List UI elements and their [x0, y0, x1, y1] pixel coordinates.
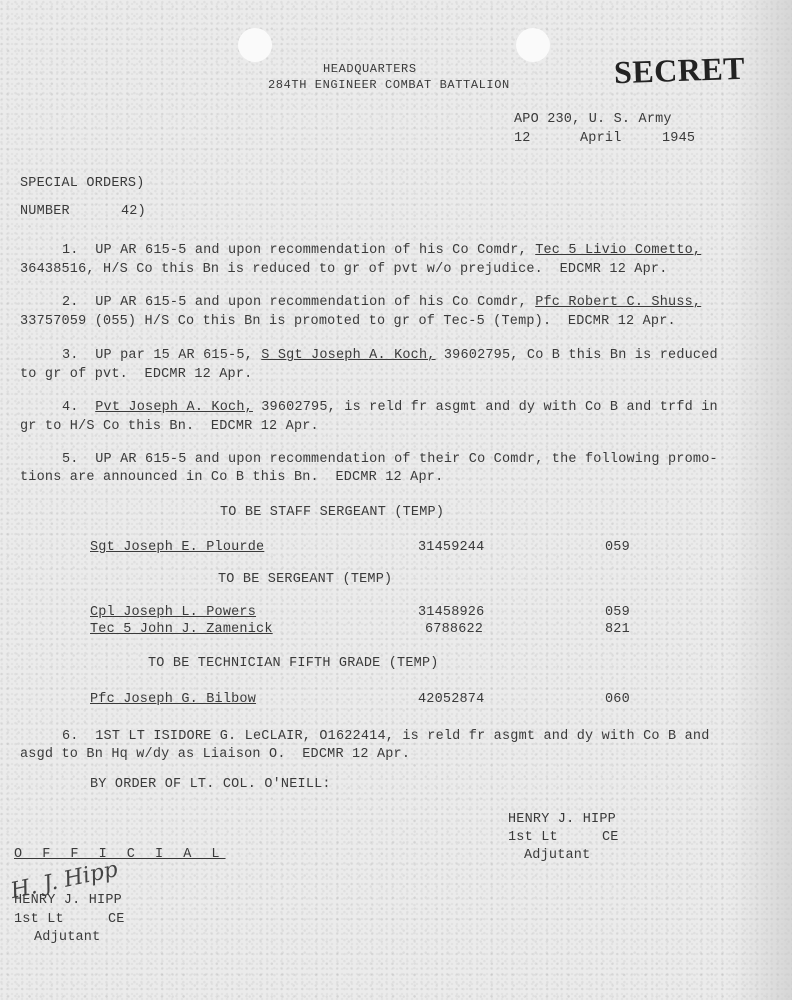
paragraph-4-line2: gr to H/S Co this Bn. EDCMR 12 Apr. [20, 419, 319, 434]
date-month: April [580, 131, 622, 146]
person-name: S Sgt Joseph A. Koch, [261, 348, 435, 363]
signer-title: Adjutant [524, 848, 590, 863]
promotion-name: Sgt Joseph E. Plourde [90, 540, 264, 555]
header-line2: 284TH ENGINEER COMBAT BATTALION [268, 78, 510, 92]
signer-branch: CE [602, 830, 619, 845]
paragraph-number: 2. [62, 295, 79, 310]
official-title: Adjutant [34, 930, 100, 945]
promotion-mos: 821 [605, 622, 630, 637]
apo-line: APO 230, U. S. Army [514, 112, 672, 127]
paragraph-4-line1: 4. Pvt Joseph A. Koch, 39602795, is reld… [62, 400, 718, 415]
person-name: Tec 5 Livio Cometto, [535, 243, 701, 258]
number-label: NUMBER [20, 204, 70, 219]
promotion-name: Tec 5 John J. Zamenick [90, 622, 273, 637]
official-rank: 1st Lt [14, 912, 64, 927]
paragraph-text: UP AR 615-5 and upon recommendation of h… [95, 295, 535, 310]
signer-rank: 1st Lt [508, 830, 558, 845]
by-order-line: BY ORDER OF LT. COL. O'NEILL: [90, 777, 331, 792]
promotion-heading: TO BE TECHNICIAN FIFTH GRADE (TEMP) [148, 656, 439, 671]
punch-hole [516, 28, 550, 62]
paragraph-number: 6. [62, 729, 79, 744]
paragraph-1-line1: 1. UP AR 615-5 and upon recommendation o… [62, 243, 701, 258]
paragraph-number: 4. [62, 400, 79, 415]
paragraph-text: 39602795, is reld fr asgmt and dy with C… [253, 400, 718, 415]
header-line1: HEADQUARTERS [323, 62, 417, 76]
signer-name: HENRY J. HIPP [508, 812, 616, 827]
paragraph-5-line2: tions are announced in Co B this Bn. EDC… [20, 470, 443, 485]
paragraph-1-line2: 36438516, H/S Co this Bn is reduced to g… [20, 262, 668, 277]
promotion-heading: TO BE SERGEANT (TEMP) [218, 572, 392, 587]
paragraph-text: UP AR 615-5 and upon recommendation of t… [95, 452, 718, 467]
person-name: Pfc Robert C. Shuss, [535, 295, 701, 310]
promotion-serial: 42052874 [418, 692, 484, 707]
official-label: O F F I C I A L [14, 847, 226, 862]
promotion-mos: 059 [605, 605, 630, 620]
paragraph-6-line2: asgd to Bn Hq w/dy as Liaison O. EDCMR 1… [20, 747, 410, 762]
paragraph-text: UP AR 615-5 and upon recommendation of h… [95, 243, 535, 258]
promotion-serial: 31459244 [418, 540, 484, 555]
official-name: HENRY J. HIPP [14, 893, 122, 908]
official-branch: CE [108, 912, 125, 927]
paragraph-3-line2: to gr of pvt. EDCMR 12 Apr. [20, 367, 252, 382]
promotion-serial: 6788622 [425, 622, 483, 637]
paragraph-number: 5. [62, 452, 79, 467]
promotion-name: Cpl Joseph L. Powers [90, 605, 256, 620]
paragraph-2-line1: 2. UP AR 615-5 and upon recommendation o… [62, 295, 701, 310]
paragraph-3-line1: 3. UP par 15 AR 615-5, S Sgt Joseph A. K… [62, 348, 718, 363]
special-orders-label: SPECIAL ORDERS) [20, 176, 145, 191]
paragraph-6-line1: 6. 1ST LT ISIDORE G. LeCLAIR, O1622414, … [62, 729, 710, 744]
date-day: 12 [514, 131, 531, 146]
promotion-serial: 31458926 [418, 605, 484, 620]
promotion-heading: TO BE STAFF SERGEANT (TEMP) [220, 505, 444, 520]
classification-stamp: SECRET [613, 50, 745, 92]
promotion-mos: 059 [605, 540, 630, 555]
date-year: 1945 [662, 131, 695, 146]
paragraph-text: 39602795, Co B this Bn is reduced [436, 348, 718, 363]
paragraph-text: 1ST LT ISIDORE G. LeCLAIR, O1622414, is … [95, 729, 709, 744]
paragraph-5-line1: 5. UP AR 615-5 and upon recommendation o… [62, 452, 718, 467]
punch-hole [238, 28, 272, 62]
paragraph-text: UP par 15 AR 615-5, [95, 348, 261, 363]
paragraph-number: 1. [62, 243, 79, 258]
paragraph-number: 3. [62, 348, 79, 363]
promotion-mos: 060 [605, 692, 630, 707]
paragraph-2-line2: 33757059 (055) H/S Co this Bn is promote… [20, 314, 676, 329]
order-number: 42) [121, 204, 146, 219]
person-name: Pvt Joseph A. Koch, [95, 400, 253, 415]
promotion-name: Pfc Joseph G. Bilbow [90, 692, 256, 707]
page-edge-shadow [732, 0, 792, 1000]
